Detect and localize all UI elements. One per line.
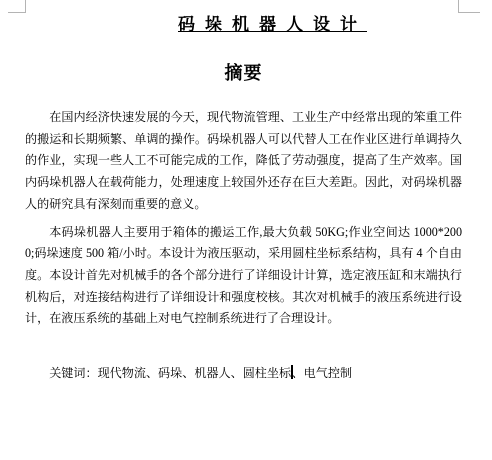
abstract-paragraph-2[interactable]: 本码垛机器人主要用于箱体的搬运工作,最大负载 50KG;作业空间达 1000*2… — [25, 222, 462, 331]
keywords-text-before-cursor[interactable]: 关键词：现代物流、码垛、机器人、圆柱坐标 — [49, 366, 291, 380]
document-body: 码垛机器人设计 摘要 在国内经济快速发展的今天，现代物流管理、工业生产中经常出现… — [25, 0, 462, 385]
abstract-paragraph-1[interactable]: 在国内经济快速发展的今天，现代物流管理、工业生产中经常出现的笨重工件的搬运和长期… — [25, 107, 462, 216]
keywords-line[interactable]: 关键词：现代物流、码垛、机器人、圆柱坐标、电气控制 — [25, 363, 462, 385]
abstract-heading[interactable]: 摘要 — [25, 61, 462, 85]
keywords-text-after-cursor[interactable]: 、电气控制 — [292, 366, 352, 380]
document-page: 码垛机器人设计 摘要 在国内经济快速发展的今天，现代物流管理、工业生产中经常出现… — [0, 0, 492, 460]
text-boundary-mark-top-left — [8, 0, 26, 13]
document-title[interactable]: 码垛机器人设计 — [25, 13, 462, 37]
